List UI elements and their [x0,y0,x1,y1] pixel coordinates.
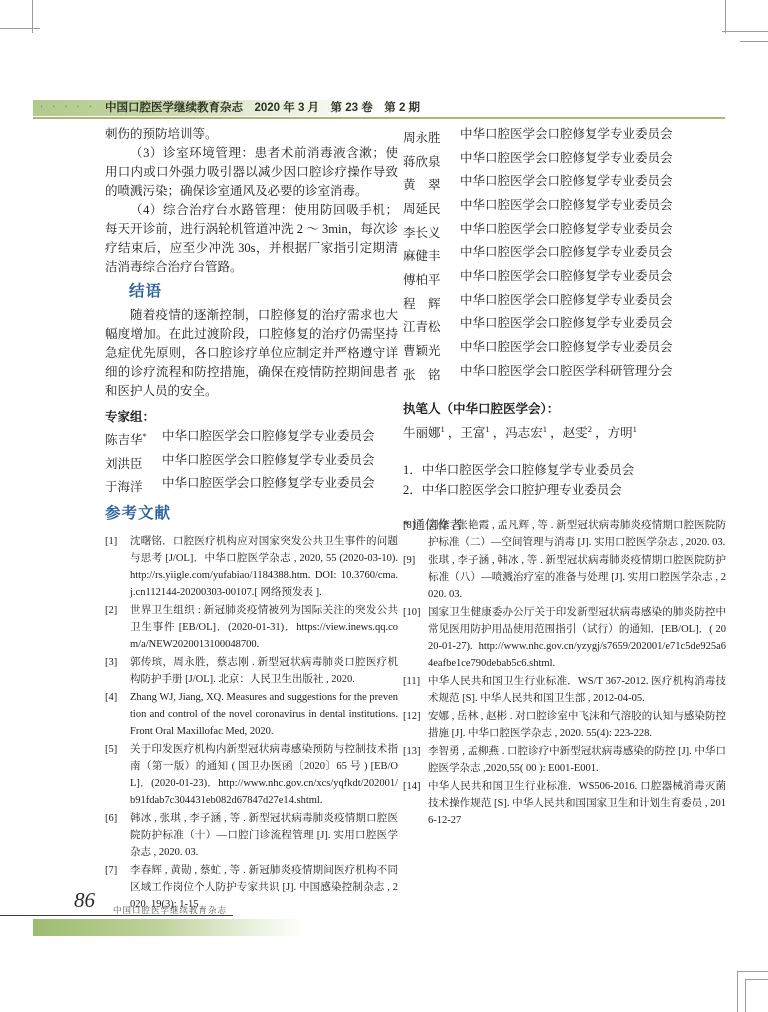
reference-id: [12] [403,708,421,725]
right-column: 周永胜 中华口腔医学会口腔修复学专业委员会 蒋欣泉 中华口腔医学会口腔修复学专业… [403,125,726,535]
reference-id: [11] [403,673,420,690]
footer-journal-name: 中国口腔医学继续教育杂志 [113,904,227,916]
expert-organization: 中华口腔医学会口腔修复学专业委员会 [460,220,673,244]
expert-name: 刘洪臣 [105,451,147,475]
expert-row: 周永胜 中华口腔医学会口腔修复学专业委员会 [403,125,726,149]
expert-name: 傅柏平 [403,267,445,291]
author-name: ，王富1 [448,426,490,440]
crop-mark-bottom-right-v2 [745,979,746,1012]
crop-mark-bottom-right-h2 [745,979,768,980]
expert-organization: 中华口腔医学会口腔修复学专业委员会 [162,427,375,451]
expert-name: 麻健丰 [403,243,445,267]
reference-text: Zhang WJ, Jiang, XQ. Measures and sugges… [130,692,398,737]
expert-row: 陈吉华* 中华口腔医学会口腔修复学专业委员会 [105,427,398,451]
expert-name: 李长义 [403,220,445,244]
expert-organization: 中华口腔医学会口腔修复学专业委员会 [460,196,673,220]
reference-text: 张琪 , 李子涵 , 韩冰 , 等 . 新型冠状病毒肺炎疫情期口腔医院防护标准（… [428,555,726,600]
expert-organization: 中华口腔医学会口腔修复学专业委员会 [460,125,673,149]
references-heading: 参考文献 [105,504,398,524]
expert-list-left: 陈吉华* 中华口腔医学会口腔修复学专业委员会 刘洪臣 中华口腔医学会口腔修复学专… [105,427,398,498]
reference-id: [5] [105,741,117,758]
reference-item: [6] 韩冰 , 张琪 , 李子涵 , 等 . 新型冠状病毒肺炎疫情期口腔医院防… [105,810,398,861]
reference-text: 刘燊 , 张艳霞 , 孟凡辉 , 等 . 新型冠状病毒肺炎疫情期口腔医院防护标准… [428,520,726,548]
reference-item: [9] 张琪 , 李子涵 , 韩冰 , 等 . 新型冠状病毒肺炎疫情期口腔医院防… [403,552,726,603]
crop-mark-bottom-right-h [737,971,768,972]
reference-id: [8] [403,517,415,534]
expert-row: 麻健丰 中华口腔医学会口腔修复学专业委员会 [403,243,726,267]
reference-id: [1] [105,533,117,550]
reference-id: [13] [403,743,421,760]
crop-mark-top-right-h [722,31,768,32]
expert-row: 周延民 中华口腔医学会口腔修复学专业委员会 [403,196,726,220]
reference-text: 中华人民共和国卫生行业标准．WS/T 367-2012. 医疗机构消毒技术规范 … [428,676,726,704]
expert-row: 李长义 中华口腔医学会口腔修复学专业委员会 [403,220,726,244]
expert-organization: 中华口腔医学会口腔医学科研管理分会 [460,362,673,386]
reference-text: 郭传瑸，周永胜，蔡志刚 . 新型冠状病毒肺炎口腔医疗机构防护手册 [J/OL].… [130,657,398,685]
author-name: 牛丽娜1 [403,426,445,440]
reference-text: 国家卫生健康委办公厅关于印发新型冠状病毒感染的肺炎防控中常见医用防护用品使用范围… [428,607,726,669]
journal-page: ····· 中国口腔医学继续教育杂志 2020 年 3 月 第 23 卷 第 2… [0,0,768,1012]
reference-text: 李智勇 , 孟柳燕 . 口腔诊疗中新型冠状病毒感染的防控 [J]. 中华口腔医学… [428,746,726,774]
expert-name: 程 辉 [403,291,445,315]
reference-list-right: [8] 刘燊 , 张艳霞 , 孟凡辉 , 等 . 新型冠状病毒肺炎疫情期口腔医院… [403,517,726,830]
footer-gradient-bar [33,919,305,936]
page-number: 86 [74,888,95,913]
reference-item: [1] 沈曙铭．口腔医疗机构应对国家突发公共卫生事件的问题与思考 [J/OL]．… [105,533,398,601]
conclusion-paragraph: 随着疫情的逐渐控制，口腔修复的治疗需求也大幅度增加。在此过渡阶段，口腔修复的治疗… [105,306,398,401]
expert-row: 刘洪臣 中华口腔医学会口腔修复学专业委员会 [105,451,398,475]
paragraph-clinic-environment: （3）诊室环境管理：患者术前消毒液含漱；使用口内或口外强力吸引器以减少因口腔诊疗… [105,144,398,201]
expert-name: 陈吉华* [105,427,147,451]
reference-item: [12] 安娜 , 岳林 , 赵彬 . 对口腔诊室中飞沫和气溶胶的认知与感染防控… [403,708,726,742]
author-name: ，方明1 [595,426,637,440]
expert-row: 曹颖光 中华口腔医学会口腔修复学专业委员会 [403,338,726,362]
reference-id: [7] [105,862,117,879]
reference-text: 沈曙铭．口腔医疗机构应对国家突发公共卫生事件的问题与思考 [J/OL]．中华口腔… [130,536,398,598]
author-superscript: 1 [485,424,489,434]
paragraph-continuation: 刺伤的预防培训等。 [105,125,398,144]
paragraph-waterline-management: （4）综合治疗台水路管理：使用防回吸手机；每天开诊前，进行涡轮机管道冲洗 2 ～… [105,201,398,277]
expert-row: 程 辉 中华口腔医学会口腔修复学专业委员会 [403,291,726,315]
expert-organization: 中华口腔医学会口腔修复学专业委员会 [460,172,673,196]
author-name: ，冯志宏1 [493,426,547,440]
expert-organization: 中华口腔医学会口腔修复学专业委员会 [460,291,673,315]
reference-item: [2] 世界卫生组织 : 新冠肺炎疫情被列为国际关注的突发公共卫生事件 [EB/… [105,602,398,653]
reference-item: [13] 李智勇 , 孟柳燕 . 口腔诊疗中新型冠状病毒感染的防控 [J]. 中… [403,743,726,777]
reference-item: [14] 中华人民共和国卫生行业标准．WS506-2016. 口腔器械消毒灭菌技… [403,778,726,829]
reference-id: [4] [105,689,117,706]
reference-id: [9] [403,552,415,569]
expert-name: 于海洋 [105,474,147,498]
reference-item: [3] 郭传瑸，周永胜，蔡志刚 . 新型冠状病毒肺炎口腔医疗机构防护手册 [J/… [105,654,398,688]
author-superscript: 1 [633,424,637,434]
expert-row: 张 铭 中华口腔医学会口腔医学科研管理分会 [403,362,726,386]
authors-line: 牛丽娜1 ，王富1 ，冯志宏1 ，赵雯2 ，方明1 [403,419,726,443]
affiliation-line: 2．中华口腔医学会口腔护理专业委员会 [403,480,726,500]
expert-row: 蒋欣泉 中华口腔医学会口腔修复学专业委员会 [403,149,726,173]
reference-text: 世界卫生组织 : 新冠肺炎疫情被列为国际关注的突发公共卫生事件 [EB/OL]．… [130,605,398,650]
journal-header: ····· 中国口腔医学继续教育杂志 2020 年 3 月 第 23 卷 第 2… [33,99,725,119]
reference-text: 关于印发医疗机构内新型冠状病毒感染预防与控制技术指南（第一版）的通知 ( 国卫办… [130,744,398,806]
expert-name: 张 铭 [403,362,445,386]
reference-item: [11] 中华人民共和国卫生行业标准．WS/T 367-2012. 医疗机构消毒… [403,673,726,707]
crop-mark-bottom-right-v [737,971,738,1012]
expert-name-superscript: * [143,431,147,441]
expert-organization: 中华口腔医学会口腔修复学专业委员会 [460,243,673,267]
reference-list-left: [1] 沈曙铭．口腔医疗机构应对国家突发公共卫生事件的问题与思考 [J/OL]．… [105,533,398,913]
header-dots-icon: ····· [40,100,101,116]
reference-text: 韩冰 , 张琪 , 李子涵 , 等 . 新型冠状病毒肺炎疫情期口腔医院防护标准（… [130,813,398,858]
reference-id: [2] [105,602,117,619]
affiliation-line: 1．中华口腔医学会口腔修复学专业委员会 [403,460,726,480]
expert-organization: 中华口腔医学会口腔修复学专业委员会 [460,149,673,173]
expert-organization: 中华口腔医学会口腔修复学专业委员会 [460,314,673,338]
expert-list-right: 周永胜 中华口腔医学会口腔修复学专业委员会 蒋欣泉 中华口腔医学会口腔修复学专业… [403,125,726,385]
expert-organization: 中华口腔医学会口腔修复学专业委员会 [162,474,375,498]
author-superscript: 1 [441,424,445,434]
expert-name: 黄 翠 [403,172,445,196]
expert-group-label: 专家组： [105,407,398,427]
reference-item: [8] 刘燊 , 张艳霞 , 孟凡辉 , 等 . 新型冠状病毒肺炎疫情期口腔医院… [403,517,726,551]
expert-name: 蒋欣泉 [403,149,445,173]
expert-organization: 中华口腔医学会口腔修复学专业委员会 [460,267,673,291]
left-column: 刺伤的预防培训等。 （3）诊室环境管理：患者术前消毒液含漱；使用口内或口外强力吸… [105,125,398,914]
expert-organization: 中华口腔医学会口腔修复学专业委员会 [460,338,673,362]
expert-row: 于海洋 中华口腔医学会口腔修复学专业委员会 [105,474,398,498]
reference-text: 安娜 , 岳林 , 赵彬 . 对口腔诊室中飞沫和气溶胶的认知与感染防控措施 [J… [428,711,726,739]
reference-item: [10] 国家卫生健康委办公厅关于印发新型冠状病毒感染的肺炎防控中常见医用防护用… [403,604,726,672]
affiliation-list: 1．中华口腔医学会口腔修复学专业委员会 2．中华口腔医学会口腔护理专业委员会 [403,460,726,500]
crop-mark-top-left-h [0,28,40,29]
reference-id: [10] [403,604,421,621]
expert-row: 江青松 中华口腔医学会口腔修复学专业委员会 [403,314,726,338]
reference-id: [6] [105,810,117,827]
author-superscript: 2 [588,424,592,434]
reference-text: 中华人民共和国卫生行业标准．WS506-2016. 口腔器械消毒灭菌技术操作规范… [428,781,726,826]
expert-name: 曹颖光 [403,338,445,362]
authors-label: 执笔人（中华口腔医学会）： [403,399,726,419]
crop-mark-top-right-v [725,0,726,33]
expert-row: 黄 翠 中华口腔医学会口腔修复学专业委员会 [403,172,726,196]
expert-organization: 中华口腔医学会口腔修复学专业委员会 [162,451,375,475]
reference-item: [4] Zhang WJ, Jiang, XQ. Measures and su… [105,689,398,740]
reference-id: [14] [403,778,421,795]
conclusion-heading: 结语 [129,282,398,302]
crop-mark-top-right-h2 [740,41,768,42]
expert-name: 周延民 [403,196,445,220]
author-superscript: 1 [543,424,547,434]
expert-name: 周永胜 [403,125,445,149]
journal-header-title: 中国口腔医学继续教育杂志 2020 年 3 月 第 23 卷 第 2 期 [105,100,420,116]
reference-id: [3] [105,654,117,671]
expert-row: 傅柏平 中华口腔医学会口腔修复学专业委员会 [403,267,726,291]
author-name: ，赵雯2 [550,426,592,440]
reference-item: [5] 关于印发医疗机构内新型冠状病毒感染预防与控制技术指南（第一版）的通知 (… [105,741,398,809]
expert-name: 江青松 [403,314,445,338]
